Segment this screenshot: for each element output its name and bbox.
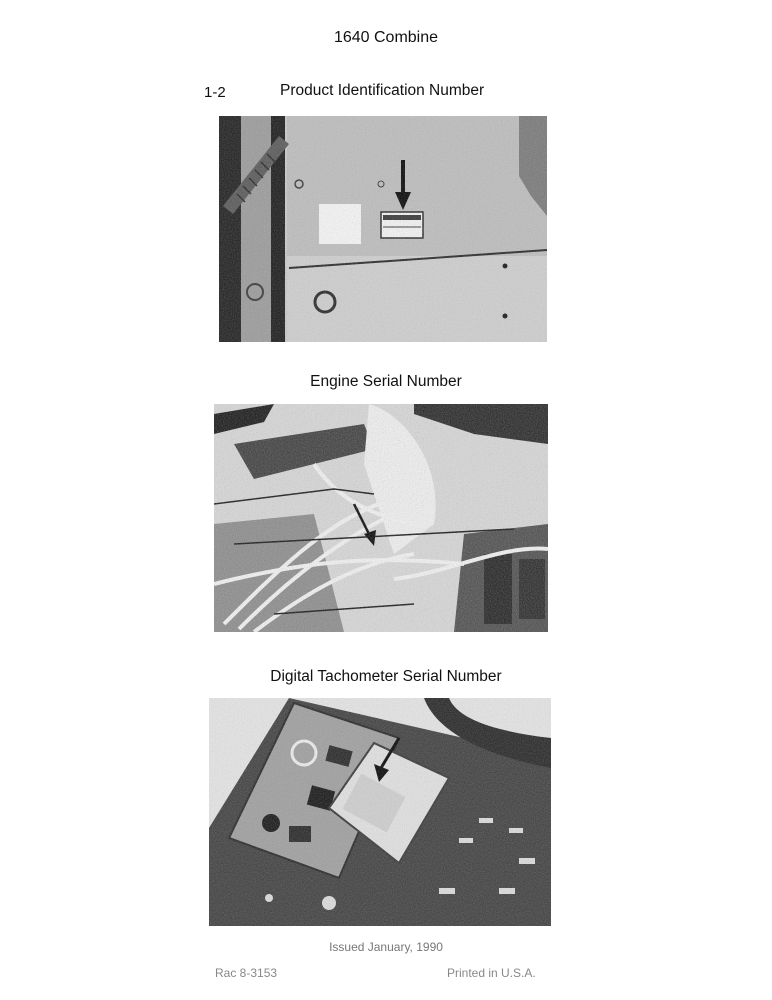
footer-printed-in: Printed in U.S.A.: [447, 966, 536, 980]
photo-product-identification: [219, 116, 547, 342]
figure-number: 1-2: [204, 84, 226, 101]
figure-caption-product-id: Product Identification Number: [280, 82, 484, 100]
figure-caption-engine-serial: Engine Serial Number: [0, 373, 772, 391]
footer-issued-date: Issued January, 1990: [0, 940, 772, 954]
photo-tachometer-serial: [209, 698, 551, 926]
figure-caption-tachometer-serial: Digital Tachometer Serial Number: [0, 668, 772, 686]
photo-engine-serial: [214, 404, 548, 632]
page-title: 1640 Combine: [0, 29, 772, 47]
footer-document-code: Rac 8-3153: [215, 966, 277, 980]
